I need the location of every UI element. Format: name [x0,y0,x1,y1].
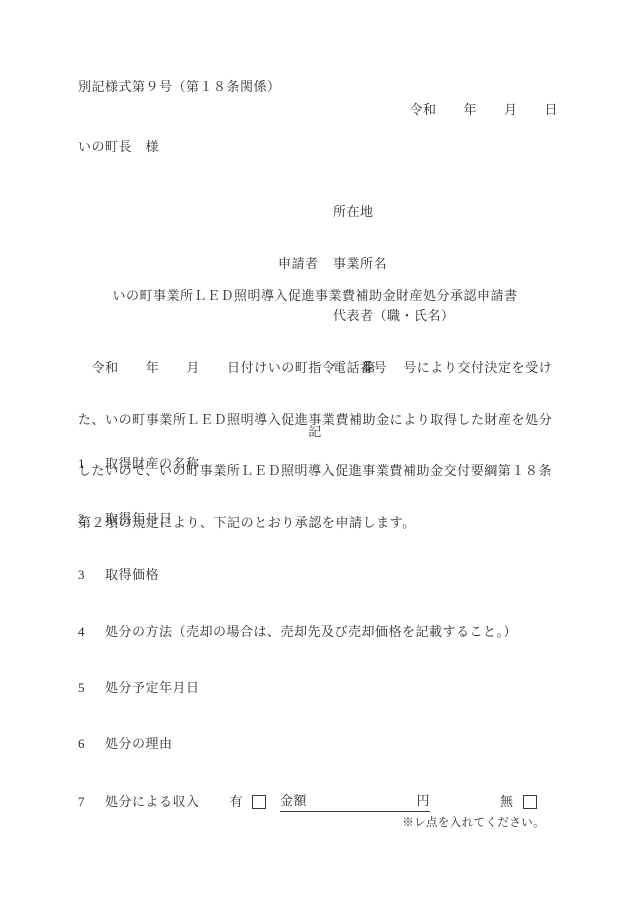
item-number: 7 [78,793,105,811]
item-label: 取得価格 [105,566,159,584]
list-item-acquired-property-name: 1 取得財産の名称 [78,455,200,473]
item-label: 処分の方法（売却の場合は、売却先及び売却価格を記載すること。） [105,623,517,641]
applicant-row-business: 申請者 事業所名 [278,254,455,274]
form-number: 別記様式第９号（第１８条関係） [78,76,281,95]
record-marker: 記 [0,421,630,440]
list-item-disposal-reason: 6 処分の理由 [78,735,173,753]
item-label: 処分予定年月日 [105,679,200,697]
item-label: 取得年月日 [105,510,173,528]
applicant-label-spacer [278,202,333,222]
applicant-row-representative: 代表者（職・氏名） [278,306,455,326]
income-no-label: 無 [500,793,514,811]
amount-field[interactable]: 金額 円 [280,792,430,812]
applicant-label-spacer [278,306,333,326]
addressee: いの町長 様 [78,136,159,155]
list-item-planned-disposal-date: 5 処分予定年月日 [78,679,200,697]
item-label: 取得財産の名称 [105,455,200,473]
list-item-acquisition-date: 2 取得年月日 [78,510,173,528]
amount-label: 金額 [280,792,307,810]
applicant-label: 申請者 [278,254,333,274]
applicant-representative-label: 代表者（職・氏名） [333,306,455,326]
item-number: 4 [78,623,105,641]
checkbox-instruction-note: ※レ点を入れてください。 [402,814,545,830]
item-label: 処分の理由 [105,735,173,753]
income-no-checkbox[interactable] [523,795,537,809]
item-number: 2 [78,510,105,528]
yen-label: 円 [417,792,431,810]
item-number: 3 [78,566,105,584]
item-label: 処分による収入 [105,793,200,811]
applicant-business-name-label: 事業所名 [333,254,387,274]
applicant-row-address: 所在地 [278,202,455,222]
income-yes-checkbox[interactable] [252,795,266,809]
item-number: 6 [78,735,105,753]
document-title: いの町事業所ＬＥＤ照明導入促進事業費補助金財産処分承認申請書 [0,285,630,304]
list-item-acquisition-price: 3 取得価格 [78,566,159,584]
income-yes-label: 有 [230,793,244,811]
body-line: 令和 年 月 日付けいの町指令 第 号により交付決定を受け [78,358,558,378]
list-item-disposal-income: 7 処分による収入 有 金額 円 無 [78,792,537,812]
date-line: 令和 年 月 日 [409,99,558,118]
document-page: 別記様式第９号（第１８条関係） 令和 年 月 日 いの町長 様 所在地 申請者 … [0,0,630,903]
list-item-disposal-method: 4 処分の方法（売却の場合は、売却先及び売却価格を記載すること。） [78,623,517,641]
item-number: 1 [78,455,105,473]
body-paragraph: 令和 年 月 日付けいの町指令 第 号により交付決定を受け た、いの町事業所ＬＥ… [78,326,558,564]
item-number: 5 [78,679,105,697]
applicant-address-label: 所在地 [333,202,374,222]
